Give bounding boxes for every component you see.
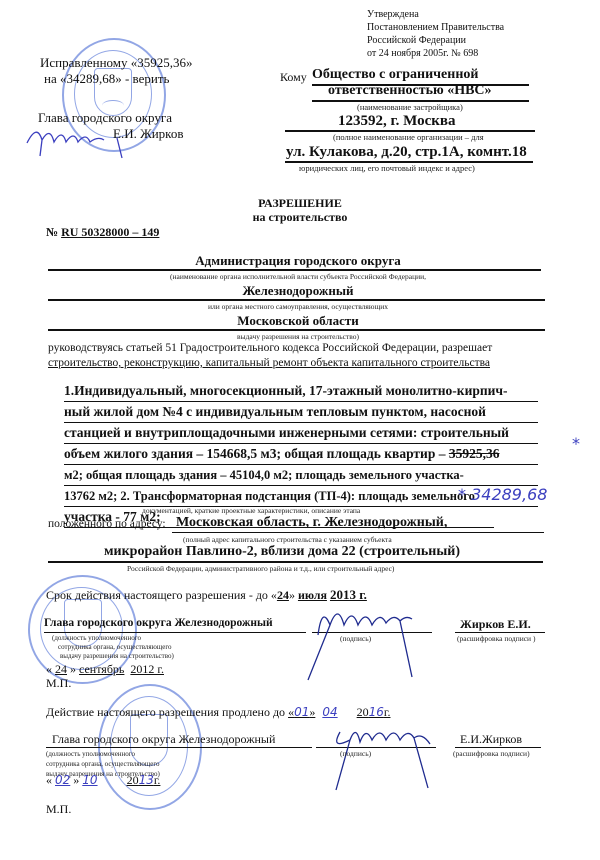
issuer-line3: Московской области [48,313,548,329]
signer1-date-month: сентябрь [79,662,124,676]
signer2-name-caption: (расшифровка подписи) [453,749,530,758]
signer2-date-year-suffix: 13 [139,773,154,787]
signer1-signature-caption: (подпись) [340,634,371,643]
signer2-name: Е.И.Жирков [460,732,522,747]
location-label: положенного по адресу: [48,518,166,530]
permit-number: № RU 50328000 – 149 [46,225,159,240]
approval-header-line2: Постановлением Правительства [367,21,504,34]
signer1-name: Жирков Е.И. [460,617,531,632]
document-title: РАЗРЕШЕНИЕ [0,196,600,211]
permit-number-prefix: № [46,225,58,239]
recipient-to-label: Кому [280,70,307,85]
seal-mark-1: М.П. [46,676,71,691]
signer2-signature-caption: (подпись) [340,749,371,758]
object-row-2: ный жилой дом №4 с индивидуальным теплов… [64,402,538,423]
basis-line1: руководствуясь статьей 51 Градостроитель… [48,342,492,354]
object-caption: документацией, краткие проектные характе… [142,506,360,515]
validity-text: Срок действия настоящего разрешения - до… [46,588,277,602]
recipient-name-line2: ответственностью «НВС» [328,83,492,99]
signer1-date-year: 2012 г. [130,662,164,676]
approval-header: Утверждена Постановлением Правительства … [367,8,504,60]
recipient-address-line1: 123592, г. Москва [338,113,455,130]
recipient-address-line2: ул. Кулакова, д.20, стр.1А, комнт.18 [286,144,527,161]
handwritten-correction: * 34289,68 [458,485,547,504]
issuer-caption2: или органа местного самоуправления, осущ… [48,302,548,311]
object-row-1: 1.Индивидуальный, многосекционный, 17-эт… [64,381,538,402]
issuer-caption1: (наименование органа исполнительной влас… [48,272,548,281]
signer2-signature [300,710,460,805]
correction-note-line2: на «34289,68» - верить [44,71,169,87]
object-row-5: м2; общая площадь здания – 45104,0 м2; п… [64,465,538,486]
document-subtitle: на строительство [0,210,600,225]
location-line1: Московская область, г. Железнодорожный, [176,515,447,531]
object-row-3: станцией и внутриплощадочными инженерным… [64,423,538,444]
recipient-address-caption1: (полное наименование организации – для [333,132,484,142]
struck-value: 35925,36 [449,446,500,461]
signer2-date: « 02 » 10 2013г. [46,773,160,788]
signer1-position: Глава городского округа Железнодорожный [44,617,273,629]
signer2-date-month: 10 [82,773,123,787]
location-line2: микрорайон Павлино-2, вблизи дома 22 (ст… [104,544,460,560]
issuer-caption3: выдачу разрешения на строительство) [48,332,548,341]
approval-header-line4: от 24 ноября 2005г. № 698 [367,47,504,60]
seal-mark-2: М.П. [46,802,71,817]
issuer-line2: Железнодорожный [48,283,548,299]
correction-note-line1: Исправленному «35925,36» [40,55,193,71]
signer1-position-caption: (должность уполномоченного сотрудника ор… [52,634,174,661]
validity-day: 24 [277,588,289,602]
signer2-date-year-prefix: 20 [127,773,139,787]
signer1-name-caption: (расшифровка подписи ) [457,634,535,643]
recipient-address-caption2: юридических лиц, его почтовый индекс и а… [299,163,475,173]
correction-signature [22,118,132,163]
signer2-position: Глава городского округа Железнодорожный [52,732,275,747]
permit-number-value: RU 50328000 – 149 [61,225,159,239]
approval-header-line1: Утверждена [367,8,504,21]
basis-line2: строительство, реконструкцию, капитальны… [48,357,490,369]
signer1-date: « 24 » сентябрь 2012 г. [46,662,164,677]
signer1-date-day: 24 [55,662,67,676]
approval-header-line3: Российской Федерации [367,34,504,47]
extension-text: Действие настоящего разрешения продлено … [46,705,285,719]
location-caption1: (полный адрес капитального строительства… [183,535,392,544]
issuer-line1: Администрация городского округа [48,253,548,269]
recipient-name-caption: (наименование застройщика) [357,102,463,112]
object-row-4: объем жилого здания – 154668,5 м3; общая… [64,444,538,465]
location-caption2: Российской Федерации, административного … [127,564,394,573]
signer2-date-day: 02 [55,773,70,787]
signer1-signature [300,595,460,690]
recipient-name-line1: Общество с ограниченной [312,67,512,83]
handwritten-asterisk: * [572,434,580,453]
